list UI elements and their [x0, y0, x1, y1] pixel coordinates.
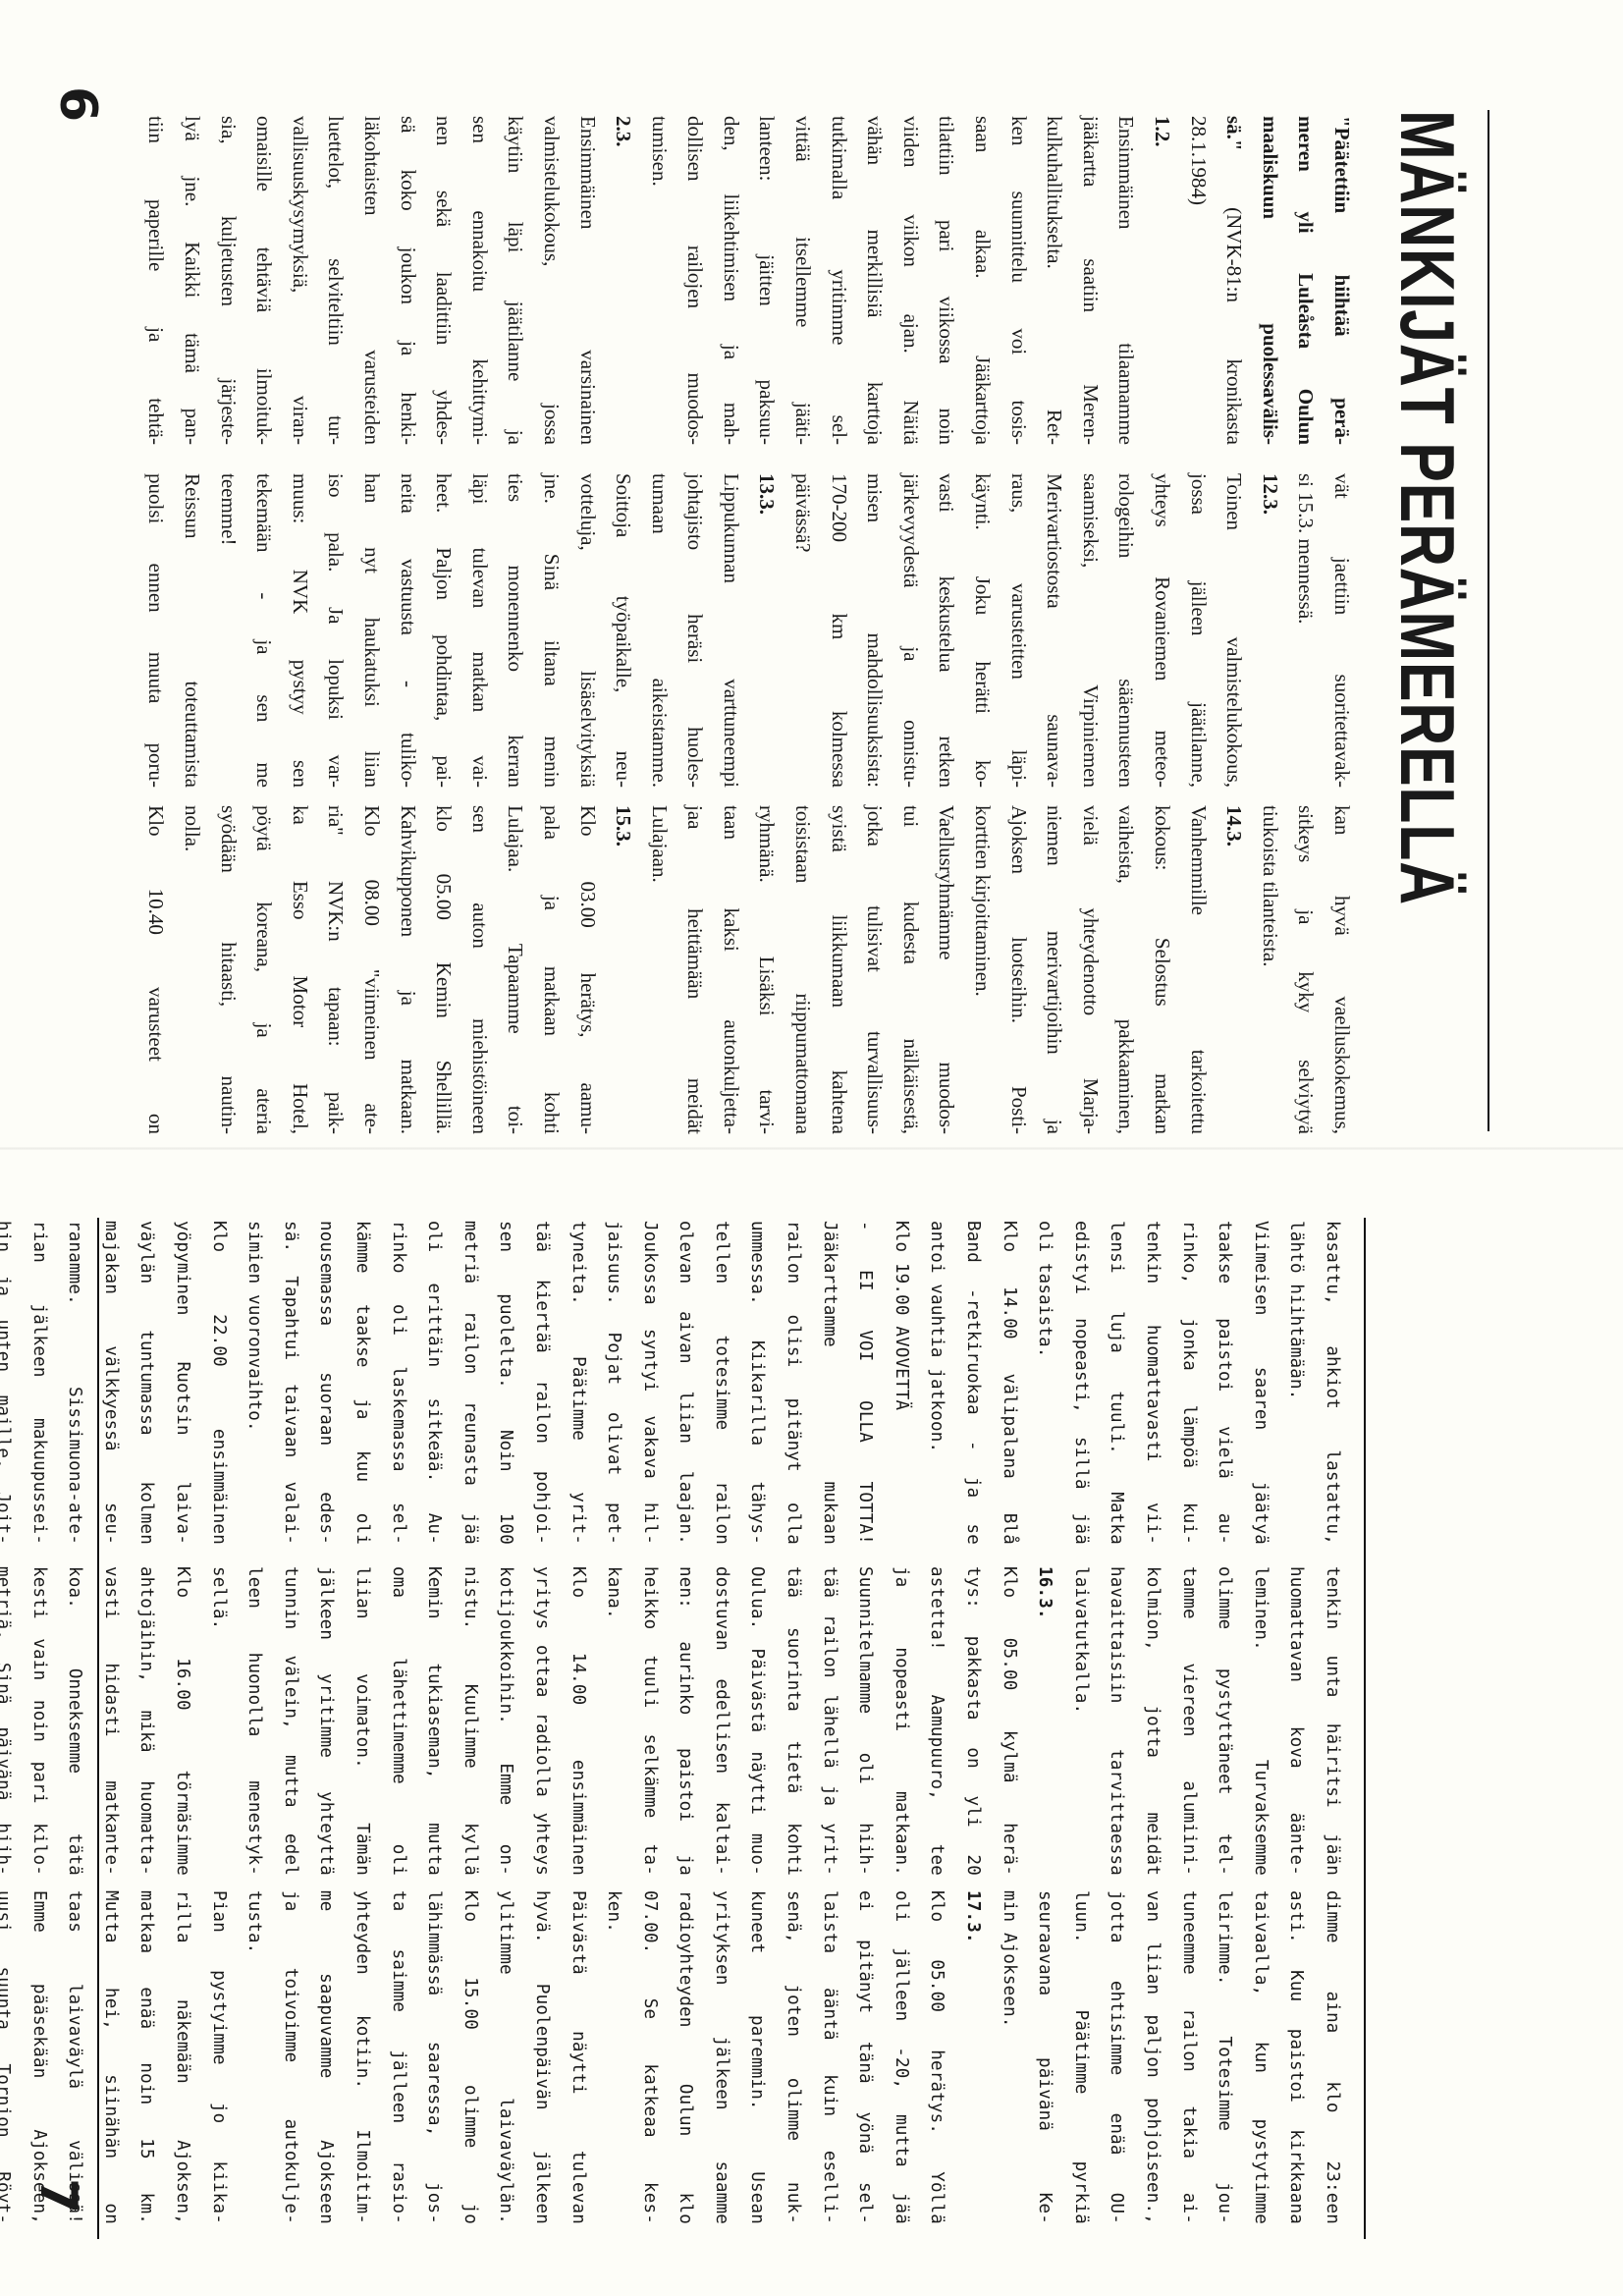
text-line: yöpyminen Ruotsin laiva-: [164, 1221, 200, 1545]
text-line: Ajoksen luotseihin. Posti-: [1001, 805, 1037, 1134]
text-line: Klo 08.00 "viimeinen ate-: [353, 805, 390, 1134]
text-line: Klo 14.00 ensimmäinen: [560, 1566, 596, 1876]
text-line: käytiin läpi jäätilanne ja: [498, 116, 534, 445]
text-line: Klo 22.00 ensimmäinen: [200, 1221, 237, 1545]
text-line: rian jälkeen makuupussei-: [21, 1221, 57, 1545]
text-line: tumaan aikeistamme.: [641, 473, 677, 788]
text-line: Soittoja työpaikalle, neu-: [606, 473, 642, 788]
text-line: tyneita. Päätimme yrit-: [560, 1221, 596, 1545]
text-line: min Ajokseen.: [991, 1890, 1027, 2224]
text-line: tiin paperille ja tehtä-: [138, 116, 175, 445]
text-line: Vaellusryhmämme muodos-: [929, 805, 965, 1134]
text-line: Ensimmäinen varsinainen: [569, 116, 606, 445]
page-7-bottom-rule: [97, 1218, 99, 2239]
text-line: saan alkaa. Jääkarttoja: [964, 116, 1001, 445]
text-line: oli erittäin sitkeää. Au-: [416, 1221, 453, 1545]
text-line: luettelot, selviteltiin tur-: [318, 116, 354, 445]
text-line: tenkin unta häiritsi jään: [1314, 1566, 1350, 1876]
text-line: johtajisto heräsi huoles-: [677, 473, 714, 788]
text-line: Klo 19.00 AVOVETTÄ: [883, 1221, 919, 1545]
center-fold: [0, 1147, 1623, 1150]
text-line: Lippukunnan varttuneempi: [713, 473, 749, 788]
text-line: Suunnitelmamme oli hiih-: [847, 1566, 884, 1876]
text-line: jaa heittämään meidät: [677, 805, 714, 1134]
text-line: läpi tulevan matkan vai-: [461, 473, 498, 788]
text-line: matkaa enää noin 15 km.: [129, 1890, 165, 2224]
text-line: sia, kuljetusten järjeste-: [210, 116, 246, 445]
text-line: taan kaksi autonkuljetta-: [713, 805, 749, 1134]
text-line: jossa jälleen jäätilanne,: [1180, 473, 1217, 788]
text-line: ryhmänä. Lisäksi tarvi-: [749, 805, 785, 1134]
text-line: pala ja matkaan kohti: [533, 805, 569, 1134]
text-line: tuneemme railon takia ai-: [1170, 1890, 1207, 2224]
text-line: jääkartta saatiin Meren-: [1072, 116, 1109, 445]
text-line: tusta.: [237, 1890, 273, 2224]
text-line: tunnin välein, mutta edel: [272, 1566, 308, 1876]
text-line: taas laivaväylä välissä!: [57, 1890, 93, 2224]
text-line: - EI VOI OLLA TOTTA!: [847, 1221, 884, 1545]
text-line: tamme viereen alumiini-: [1170, 1566, 1207, 1876]
text-line: rologeihin sääennusteen: [1109, 473, 1145, 788]
text-line: Toinen valmistelukokous,: [1217, 473, 1253, 788]
text-line: niemen merivartijoihin ja: [1037, 805, 1073, 1134]
text-line: kotijoukkoihin. Emme on-: [488, 1566, 524, 1876]
text-line: olevan aivan liian laajan.: [668, 1221, 704, 1545]
text-line: sen puolelta. Noin 100: [488, 1221, 524, 1545]
date-heading: 13.3.: [749, 473, 785, 788]
text-line: nistu. Kuulimme kyllä: [452, 1566, 488, 1876]
text-line: ties monennenko kerran: [498, 473, 534, 788]
page-7-column-3: dimme aina klo 23:eenasti. Kuu paistoi k…: [0, 1890, 1350, 2224]
text-line: puolsi ennen muuta poru-: [138, 473, 175, 788]
text-line: senä, joten olimme nuk-: [776, 1890, 812, 2224]
text-line: oma lähettimemme oli: [380, 1566, 416, 1876]
text-line: ja toivoimme autokulje-: [272, 1890, 308, 2224]
text-line: kolmion, jotta meidät: [1134, 1566, 1170, 1876]
text-line: jotka tulisivat turvallisuus-: [857, 805, 893, 1134]
text-line: Reissun toteuttamista: [174, 473, 210, 788]
text-line: tenkin huomattavasti vii-: [1134, 1221, 1170, 1545]
text-line: rilla näkemään Ajoksen,: [164, 1890, 200, 2224]
text-line: tää kiertää railon pohjoi-: [523, 1221, 560, 1545]
text-line: Kemin tukiaseman, mutta: [416, 1566, 453, 1876]
text-line: viiden viikon ajan. Näitä: [893, 116, 929, 445]
text-line: vallisuuskysymyksiä, viran-: [282, 116, 318, 445]
text-line: olimme pystyttäneet tel-: [1207, 1566, 1243, 1876]
article-title: MÄNKIJÄT PERÄMERELLÄ: [1389, 110, 1466, 905]
text-line: sen ennakoitu kehittymi-: [461, 116, 498, 445]
text-line: maaliskuun puolessavälis-: [1252, 116, 1288, 445]
text-line: sen auton miehistöineen: [461, 805, 498, 1134]
text-line: asti. Kuu paistoi kirkkaana: [1278, 1890, 1315, 2224]
text-line: lähimmässä saaressa, jos-: [416, 1890, 453, 2224]
page-number-7: 7: [32, 2178, 83, 2214]
text-line: meren yli Luleåsta Oulun: [1288, 116, 1325, 445]
text-line: huomattavan kova äänte-: [1278, 1566, 1315, 1876]
date-heading: 1.2.: [1144, 116, 1180, 445]
text-line: kuneet paremmin. Usean: [739, 1890, 776, 2224]
text-line: valmistelukokous, jossa: [533, 116, 569, 445]
text-line: tumisen.: [641, 116, 677, 445]
text-line: dostuvan edellisen kaltai-: [703, 1566, 739, 1876]
text-line: railon olisi pitänyt olla: [776, 1221, 812, 1545]
text-line: ta saimme jälleen rasio-: [380, 1890, 416, 2224]
text-line: vielä yhteydenotto Marja-: [1072, 805, 1109, 1134]
text-line: tys: pakkasta on yli 20: [954, 1566, 991, 1876]
text-line: Band -retkiruokaa - ja se: [954, 1221, 991, 1545]
text-line: metriä. Sinä päivänä hiih-: [0, 1566, 21, 1876]
text-line: muus: NVK pystyy sen: [282, 473, 318, 788]
text-line: ka Esso Motor Hotel,: [282, 805, 318, 1134]
text-line: 28.1.1984): [1180, 116, 1217, 445]
text-line: Viimeisen saaren jäätyä: [1242, 1221, 1278, 1545]
text-line: van liian paljon pohjoiseen.,: [1134, 1890, 1170, 2224]
text-line: vät jaettiin suoritettavak-: [1324, 473, 1360, 788]
text-line: Joukossa syntyi vakava hil-: [631, 1221, 668, 1545]
page-7-column-2: tenkin unta häiritsi jäänhuomattavan kov…: [0, 1566, 1350, 1876]
magazine-spread: MÄNKIJÄT PERÄMERELLÄ "Päätettiin hiihtää…: [0, 0, 1623, 2296]
text-line: Klo 16.00 törmäsimme: [164, 1566, 200, 1876]
text-line: Klo 03.00 herätys, aamu-: [569, 805, 606, 1134]
text-line: korttien kirjoittaminen.: [964, 805, 1001, 1134]
text-line: "Päätettiin hiihtää perä-: [1324, 116, 1360, 445]
text-line: lähtö hiihtämään.: [1278, 1221, 1315, 1545]
text-line: hin ja unten maille. Joit-: [0, 1221, 21, 1545]
text-line: seuraavana päivänä Ke-: [1027, 1890, 1063, 2224]
text-line: klo 05.00 Kemin Shellillä.: [426, 805, 462, 1134]
text-line: rinko, jonka lämpöä kui-: [1170, 1221, 1207, 1545]
text-line: yhteyden kotiin. Ilmoitim-: [344, 1890, 380, 2224]
text-line: taakse paistoi vielä au-: [1207, 1221, 1243, 1545]
text-line: Päivästä näytti tulevan: [560, 1890, 596, 2224]
text-line: yritys ottaa radiolla yhteys: [523, 1566, 560, 1876]
text-line: Ensimmäinen tilaamamme: [1109, 116, 1145, 445]
text-line: vaiheista, pakkaaminen,: [1109, 805, 1145, 1134]
page-number-6: 6: [52, 86, 103, 122]
page-6-column-3: kan hyvä vaelluskokemus,sitkeys ja kyky …: [138, 805, 1360, 1134]
text-line: tekemään - ja sen me: [246, 473, 283, 788]
text-line: Klo 05.00 herätys. Yöllä: [919, 1890, 955, 2224]
text-line: tilattiin pari viikossa noin: [929, 116, 965, 445]
text-line: tiukoista tilanteista.: [1252, 805, 1288, 1134]
text-line: Vanhemmille tarkoitettu: [1180, 805, 1217, 1134]
text-line: dimme aina klo 23:een: [1314, 1890, 1350, 2224]
text-line: rinko oli laskemassa sel-: [380, 1221, 416, 1545]
text-line: kan hyvä vaelluskokemus,: [1324, 805, 1360, 1134]
text-line: vittää itsellemme jääti-: [785, 116, 822, 445]
text-line: leminen. Turvaksemme: [1242, 1566, 1278, 1876]
text-line: oli tasaista.: [1027, 1221, 1063, 1545]
text-line: lensi luja tuuli. Matka: [1099, 1221, 1135, 1545]
text-line: kulkuhallitukselta. Ret-: [1037, 116, 1073, 445]
date-heading: 15.3.: [606, 805, 642, 1134]
text-line: ahtojäihin, mikä huomatta-: [129, 1566, 165, 1876]
text-line: yhteys Rovaniemen meteo-: [1144, 473, 1180, 788]
text-line: laista ääntä kuin eselli-: [811, 1890, 847, 2224]
text-line: me saapuvamme Ajokseen: [308, 1890, 345, 2224]
text-line: jaisuus. Pojat olivat pet-: [596, 1221, 632, 1545]
text-line: havaittaisiin tarvittaessa: [1099, 1566, 1135, 1876]
text-line: Klo 10.40 varusteet on: [138, 805, 175, 1134]
text-line: radioyhteyden Oulun klo: [668, 1890, 704, 2224]
page-6-column-1: "Päätettiin hiihtää perä-meren yli Luleå…: [138, 116, 1360, 445]
text-line: lanteen: jäitten paksuu-: [749, 116, 785, 445]
text-line: tellen totesimme railon: [703, 1221, 739, 1545]
text-line: omaisille tehtäviä ilmoituk-: [246, 116, 283, 445]
text-line: edistyi nopeasti, sillä jää: [1062, 1221, 1099, 1545]
text-line: Jääkarttamme mukaan: [811, 1221, 847, 1545]
text-line: liian voimaton. Tämän: [344, 1566, 380, 1876]
text-line: nousemassa suoraan edes-: [308, 1221, 345, 1545]
text-line: Lulajaa. Tapaamme toi-: [498, 805, 534, 1134]
date-heading: 17.3.: [954, 1890, 991, 2224]
text-line: heet. Paljon pohdintaa, pai-: [426, 473, 462, 788]
text-line: nen: aurinko paistoi ja: [668, 1566, 704, 1876]
text-line: uusi suunta Tornion Röyt-: [0, 1890, 21, 2224]
text-line: läkohtaisten varusteiden: [353, 116, 390, 445]
text-line: kokous: Selostus matkan: [1144, 805, 1180, 1134]
text-line: Klo 15.00 olimme jo: [452, 1890, 488, 2224]
text-line: sellä.: [200, 1566, 237, 1876]
text-line: vasti keskustelua retken: [929, 473, 965, 788]
text-line: sä koko joukon ja henki-: [390, 116, 426, 445]
text-line: raus, varusteitten läpi-: [1001, 473, 1037, 788]
text-line: jne. Sinä iltana menin: [533, 473, 569, 788]
text-line: kana.: [596, 1566, 632, 1876]
text-line: Pian pystyimme jo kiika-: [200, 1890, 237, 2224]
text-line: Kahvikupponen ja matkaan.: [390, 805, 426, 1134]
text-line: nolla.: [174, 805, 210, 1134]
text-line: koa. Onneksemme tätä: [57, 1566, 93, 1876]
text-line: den, liikehtimisen ja mah-: [713, 116, 749, 445]
page-7-column-1: kasattu, ahkiot lastattu,lähtö hiihtämää…: [0, 1221, 1350, 1545]
text-line: misen mahdollisuuksista:: [857, 473, 893, 788]
text-line: simien vuoronvaihto.: [237, 1221, 273, 1545]
text-line: tutkimalla yritimme sel-: [821, 116, 857, 445]
text-line: nen sekä laadittiin yhdes-: [426, 116, 462, 445]
text-line: toisistaan riippumattomana: [785, 805, 822, 1134]
date-heading: 14.3.: [1217, 805, 1253, 1134]
text-line: syistä liikkumaan kahtena: [821, 805, 857, 1134]
page-7-top-rule: [1364, 1218, 1366, 2239]
text-line: sä." (NVK-81:n kronikasta: [1217, 116, 1253, 445]
text-line: ria" NVK:n tapaan: paik-: [318, 805, 354, 1134]
text-line: syödään hitaasti, nautin-: [210, 805, 246, 1134]
text-line: luun. Päätimme pyrkiä: [1062, 1890, 1099, 2224]
text-line: Emme pääsekään Ajokseen,: [21, 1890, 57, 2224]
text-line: han nyt haukatuksi liian: [353, 473, 390, 788]
text-line: käynti. Joku herätti ko-: [964, 473, 1001, 788]
text-line: ken suunnittelu voi tosis-: [1001, 116, 1037, 445]
text-line: metriä railon reunasta jää: [452, 1221, 488, 1545]
text-line: astetta! Aamupuuro, tee: [919, 1566, 955, 1876]
text-line: ei pitänyt tänä yönä sel-: [847, 1890, 884, 2224]
page-6-column-2: vät jaettiin suoritettavak-si 15.3. menn…: [138, 473, 1360, 788]
text-line: järkevyydestä ja onnistu-: [893, 473, 929, 788]
text-line: leirimme. Totesimme jou-: [1207, 1890, 1243, 2224]
text-line: si 15.3. mennessä.: [1288, 473, 1325, 788]
date-heading: 2.3.: [606, 116, 642, 445]
text-line: heikko tuuli selkämme ta-: [631, 1566, 668, 1876]
text-line: Klo 05.00 kylmä herä-: [991, 1566, 1027, 1876]
text-line: iso pala. Ja lopuksi var-: [318, 473, 354, 788]
text-line: sitkeys ja kyky selviytyä: [1288, 805, 1325, 1134]
text-line: teemme!: [210, 473, 246, 788]
text-line: sä. Tapahtui taivaan valai-: [272, 1221, 308, 1545]
text-line: saamiseksi, Virpiniemen: [1072, 473, 1109, 788]
text-line: kämme taakse ja kuu oli: [344, 1221, 380, 1545]
text-line: jotta ehtisimme enää OU-: [1099, 1890, 1135, 2224]
text-line: vähän merkillisiä karttoja: [857, 116, 893, 445]
text-line: 07.00. Se katkeaa kes-: [631, 1890, 668, 2224]
text-line: laivatutkalla.: [1062, 1566, 1099, 1876]
text-line: ummessa. Kiikarilla tähys-: [739, 1221, 776, 1545]
text-line: ken.: [596, 1890, 632, 2224]
text-line: pöytä koreana, ja ateria: [246, 805, 283, 1134]
text-line: yrityksen jälkeen saamme: [703, 1890, 739, 2224]
text-line: neita vastuusta - tuliko-: [390, 473, 426, 788]
text-line: ja nopeasti matkaan.: [883, 1566, 919, 1876]
text-line: Merivartiostosta saunava-: [1037, 473, 1073, 788]
text-line: väylän tuntumassa kolmen: [129, 1221, 165, 1545]
text-line: Lulajaan.: [641, 805, 677, 1134]
text-line: dollisen railojen muodos-: [677, 116, 714, 445]
date-heading: 12.3.: [1252, 473, 1288, 788]
text-line: 170-200 km kolmessa: [821, 473, 857, 788]
text-line: Oulua. Päivästä näytti muo-: [739, 1566, 776, 1876]
text-line: tää railon lähellä ja yrit-: [811, 1566, 847, 1876]
text-line: tui kudesta nälkäisestä,: [893, 805, 929, 1134]
text-line: jälkeen yritimme yhteyttä: [308, 1566, 345, 1876]
page-6-top-rule: [1488, 110, 1489, 1131]
text-line: ranamme. Sissimuona-ate-: [57, 1221, 93, 1545]
text-line: antoi vauhtia jatkoon.: [919, 1221, 955, 1545]
text-line: lyä jne. Kaikki tämä pan-: [174, 116, 210, 445]
text-line: kesti vain noin pari kilo-: [21, 1566, 57, 1876]
text-line: leen huonolla menestyk-: [237, 1566, 273, 1876]
text-line: päivässä?: [785, 473, 822, 788]
text-line: ylitimme laivaväylän.: [488, 1890, 524, 2224]
text-line: votteluja, lisäselvityksiä: [569, 473, 606, 788]
text-line: Klo 14.00 välipalana Blå: [991, 1221, 1027, 1545]
text-line: oli jälleen -20, mutta jää: [883, 1890, 919, 2224]
text-line: hyvä. Puolenpäivän jälkeen: [523, 1890, 560, 2224]
text-line: tää suorinta tietä kohti: [776, 1566, 812, 1876]
text-line: kasattu, ahkiot lastattu,: [1314, 1221, 1350, 1545]
text-line: taivaalla, kun pystytimme: [1242, 1890, 1278, 2224]
date-heading: 16.3.: [1027, 1566, 1063, 1876]
